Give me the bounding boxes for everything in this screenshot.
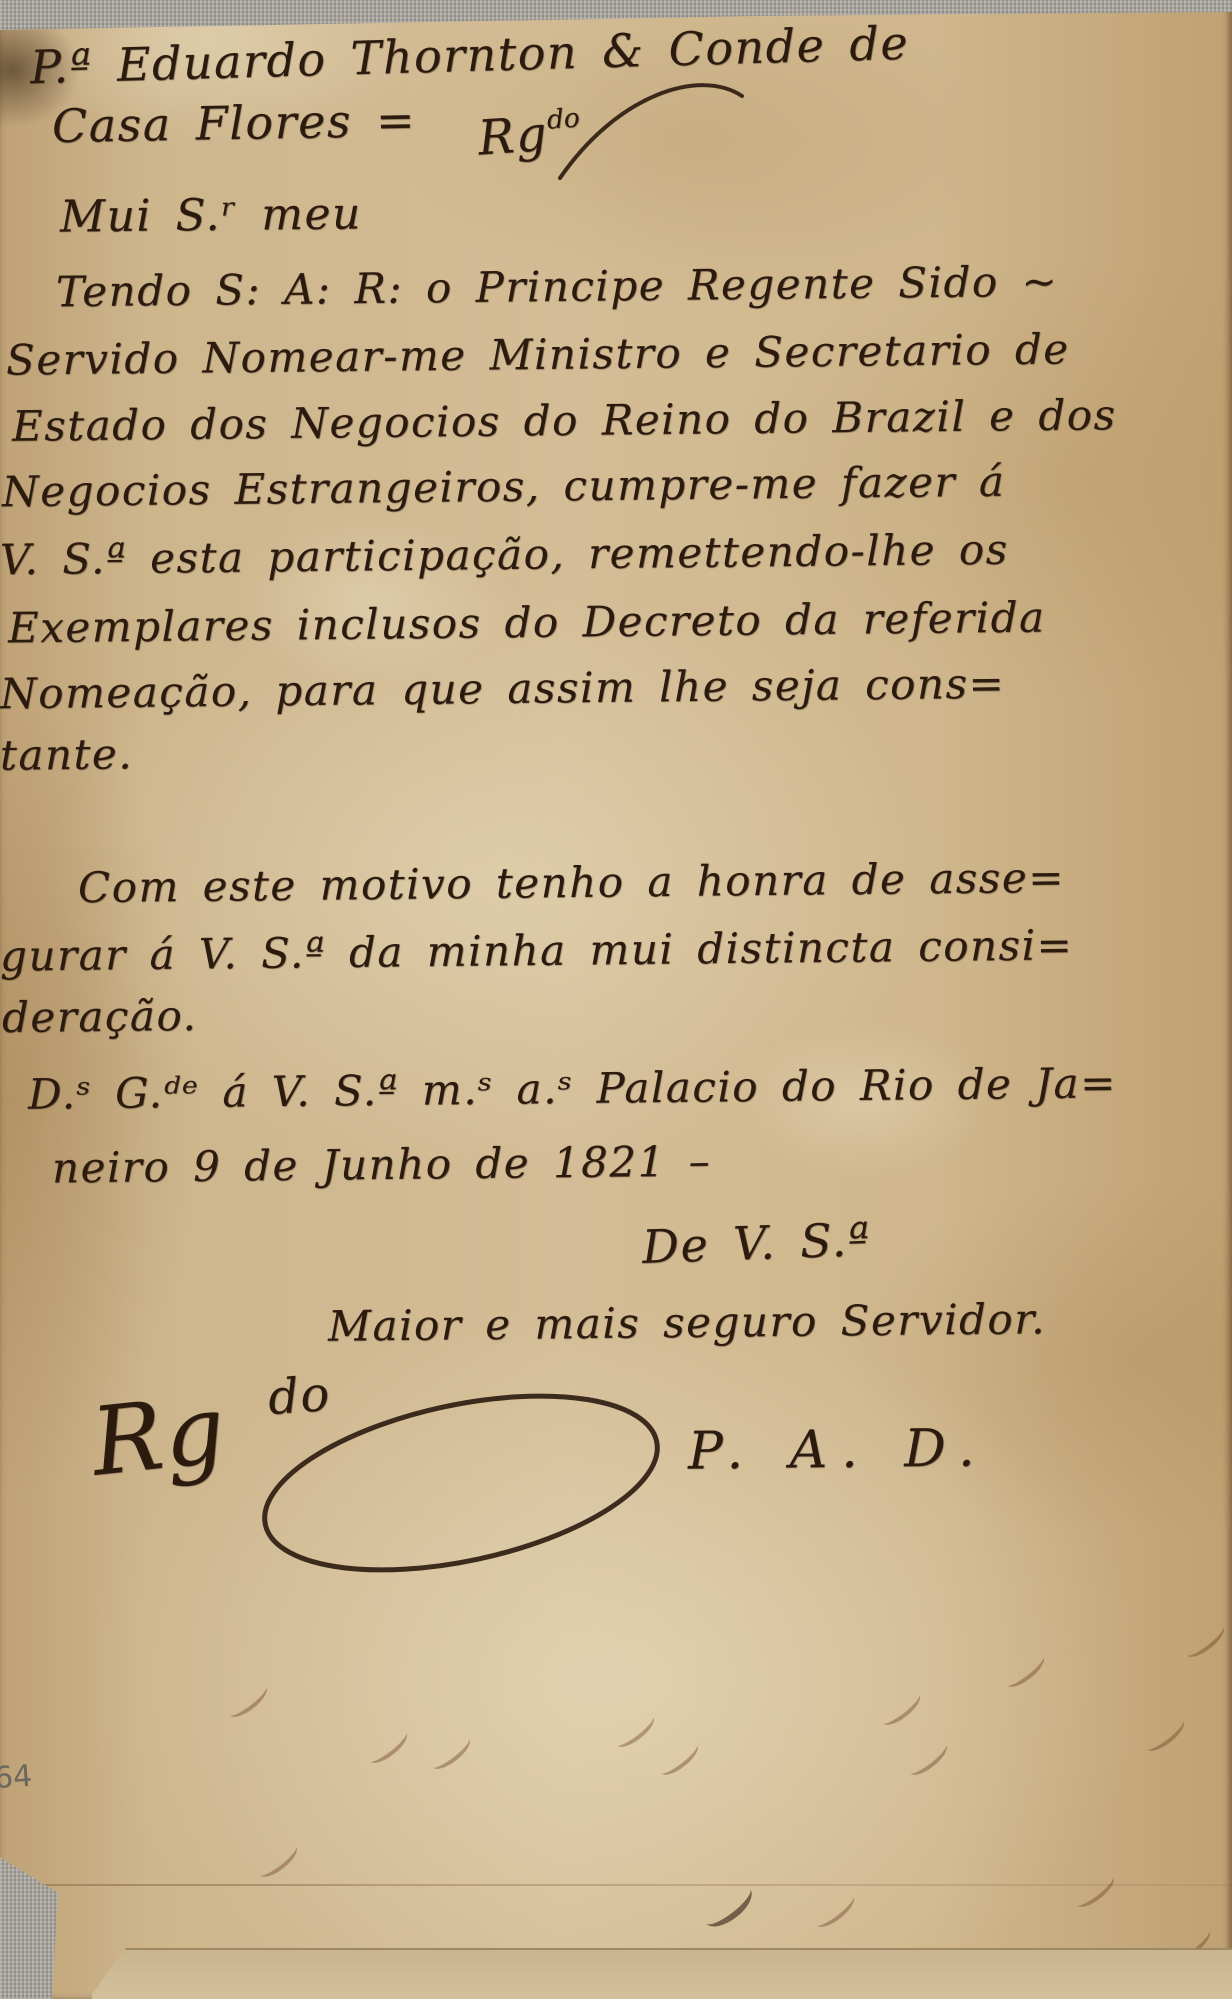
archival-page-number: 64 bbox=[0, 1759, 33, 1797]
docket-line-2: Casa Flores = bbox=[52, 93, 417, 153]
bleed-mark bbox=[1181, 1620, 1228, 1663]
body-line: Tendo S: A: R: o Principe Regente Sido ~ bbox=[56, 257, 1059, 316]
closing-line-1: De V. S.ª bbox=[641, 1212, 872, 1274]
letter-page: P.ª Eduardo Thornton & Conde de Casa Flo… bbox=[0, 0, 1232, 1999]
registry-mark-top: Rgdo bbox=[476, 102, 582, 166]
dateline-line: neiro 9 de Junho de 1821 – bbox=[52, 1137, 712, 1193]
bleed-mark bbox=[224, 1680, 271, 1723]
registry-mark-signature-superscript: do bbox=[266, 1366, 332, 1426]
bleed-mark bbox=[877, 1688, 924, 1731]
bleed-mark bbox=[254, 1840, 301, 1883]
paper-crease bbox=[44, 1884, 1232, 1886]
body-line: Servido Nomear-me Ministro e Secretario … bbox=[6, 324, 1070, 384]
closing-line-2: Maior e mais seguro Servidor. bbox=[328, 1294, 1046, 1351]
bleed-mark bbox=[811, 1890, 858, 1933]
bleed-mark bbox=[1071, 1870, 1118, 1913]
body-line: gurar á V. S.ª da minha mui distincta co… bbox=[0, 920, 1073, 980]
bleed-mark bbox=[427, 1732, 474, 1775]
docket-line-1: P.ª Eduardo Thornton & Conde de bbox=[29, 16, 909, 95]
body-line: deração. bbox=[2, 991, 198, 1042]
bleed-mark bbox=[697, 1878, 758, 1935]
bleed-mark bbox=[655, 1738, 702, 1781]
body-line: Estado dos Negocios do Reino do Brazil e… bbox=[12, 390, 1117, 451]
registry-base: Rg bbox=[476, 106, 550, 167]
second-sheet-edge bbox=[92, 1948, 1232, 1999]
registry-mark-signature: Rg bbox=[87, 1375, 232, 1497]
dateline-line: D.ˢ G.ᵈᵉ á V. S.ª m.ˢ a.ˢ Palacio do Rio… bbox=[28, 1058, 1117, 1118]
signature-initials: P. A. D. bbox=[688, 1418, 989, 1481]
bleed-mark bbox=[364, 1726, 411, 1769]
registry-superscript: do bbox=[546, 102, 581, 135]
bleed-mark bbox=[611, 1710, 658, 1753]
body-line: Nomeação, para que assim lhe seja cons= bbox=[0, 659, 1005, 719]
body-line: V. S.ª esta participação, remettendo-lhe… bbox=[0, 525, 1009, 585]
body-line: Exemplares inclusos do Decreto da referi… bbox=[8, 593, 1046, 653]
body-line: tante. bbox=[0, 729, 133, 779]
manuscript-scan: { "page": { "kind": "handwritten manuscr… bbox=[0, 0, 1232, 1999]
bleed-mark bbox=[1141, 1714, 1188, 1757]
bleed-mark bbox=[1001, 1650, 1048, 1693]
registry-flourish-top bbox=[552, 60, 752, 190]
salutation: Mui S.ʳ meu bbox=[60, 188, 362, 242]
bleed-mark bbox=[904, 1738, 951, 1781]
body-line: Negocios Estrangeiros, cumpre-me fazer á bbox=[2, 457, 1006, 517]
body-line: Com este motivo tenho a honra de asse= bbox=[78, 853, 1065, 912]
